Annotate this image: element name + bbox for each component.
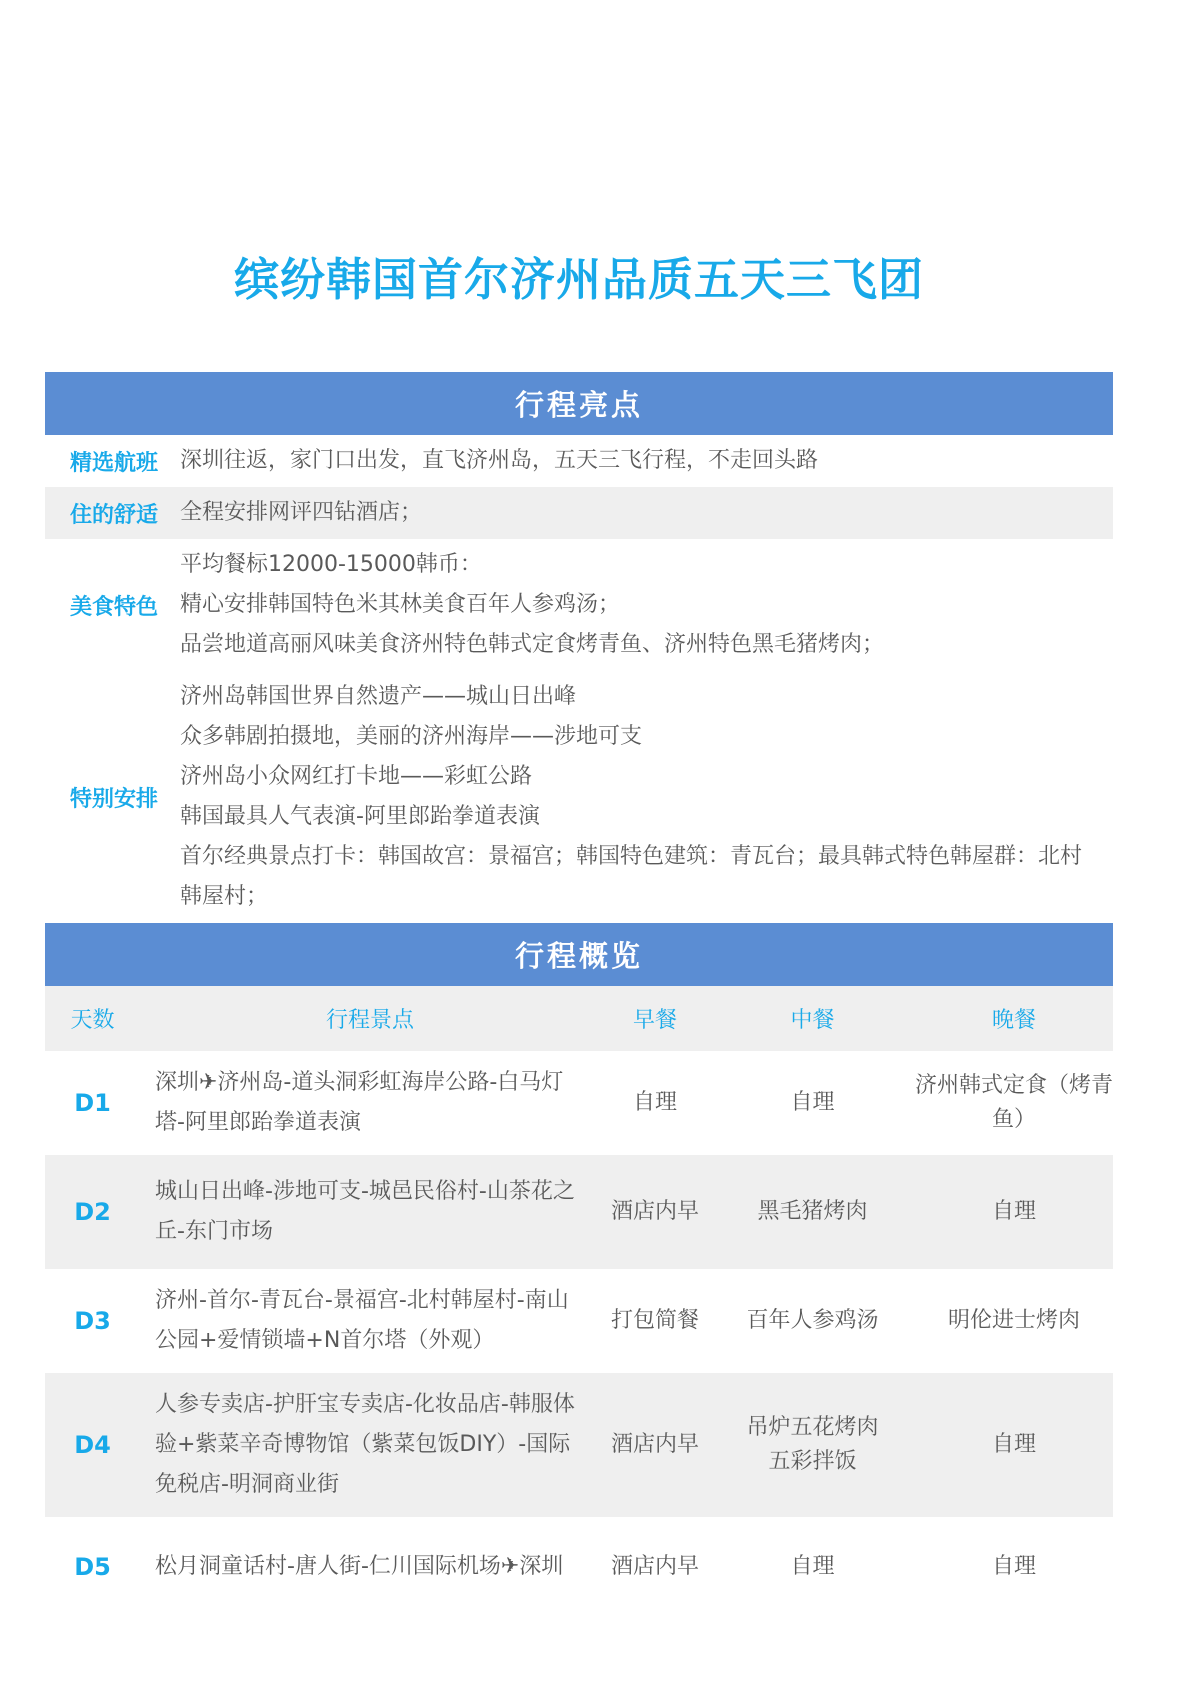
route-cell: 深圳✈济州岛-道头洞彩虹海岸公路-白马灯塔-阿里郎跆拳道表演: [140, 1051, 600, 1155]
highlight-label: 精选航班: [45, 435, 180, 487]
lunch-cell: 自理: [710, 1517, 915, 1617]
table-row: D1 深圳✈济州岛-道头洞彩虹海岸公路-白马灯塔-阿里郎跆拳道表演 自理 自理 …: [45, 1051, 1113, 1155]
highlight-content: 平均餐标12000-15000韩币： 精心安排韩国特色米其林美食百年人参鸡汤； …: [180, 539, 1113, 671]
route-cell: 松月洞童话村-唐人街-仁川国际机场✈深圳: [140, 1517, 600, 1617]
route-cell: 人参专卖店-护肝宝专卖店-化妆品店-韩服体验+紫菜辛奇博物馆（紫菜包饭DIY）-…: [140, 1373, 600, 1517]
table-row: D3 济州-首尔-青瓦台-景福宫-北村韩屋村-南山公园+爱情锁墙+N首尔塔（外观…: [45, 1269, 1113, 1373]
highlight-content: 全程安排网评四钻酒店；: [180, 487, 1113, 539]
highlight-line: 济州岛小众网红打卡地——彩虹公路: [180, 757, 1103, 797]
table-row: D4 人参专卖店-护肝宝专卖店-化妆品店-韩服体验+紫菜辛奇博物馆（紫菜包饭DI…: [45, 1373, 1113, 1517]
table-row: D5 松月洞童话村-唐人街-仁川国际机场✈深圳 酒店内早 自理 自理: [45, 1517, 1113, 1617]
lunch-cell: 百年人参鸡汤: [710, 1269, 915, 1373]
day-label: D4: [45, 1373, 140, 1517]
column-header-route: 行程景点: [140, 986, 600, 1051]
highlight-row-food: 美食特色 平均餐标12000-15000韩币： 精心安排韩国特色米其林美食百年人…: [45, 539, 1113, 671]
column-header-lunch: 中餐: [710, 986, 915, 1051]
overview-section-banner: 行程概览: [45, 923, 1113, 986]
highlights-list: 精选航班 深圳往返，家门口出发，直飞济州岛，五天三飞行程，不走回头路 住的舒适 …: [45, 435, 1113, 923]
day-label: D1: [45, 1051, 140, 1155]
column-header-dinner: 晚餐: [915, 986, 1113, 1051]
breakfast-cell: 自理: [600, 1051, 710, 1155]
highlight-line: 韩国最具人气表演-阿里郎跆拳道表演: [180, 797, 1103, 837]
dinner-cell: 自理: [915, 1155, 1113, 1269]
highlight-label: 住的舒适: [45, 487, 180, 539]
day-label: D2: [45, 1155, 140, 1269]
column-header-breakfast: 早餐: [600, 986, 710, 1051]
route-cell: 济州-首尔-青瓦台-景福宫-北村韩屋村-南山公园+爱情锁墙+N首尔塔（外观）: [140, 1269, 600, 1373]
document-body: 行程亮点 精选航班 深圳往返，家门口出发，直飞济州岛，五天三飞行程，不走回头路 …: [45, 372, 1113, 1617]
itinerary-table: 天数 行程景点 早餐 中餐 晚餐 D1 深圳✈济州岛-道头洞彩虹海岸公路-白马灯…: [45, 986, 1113, 1617]
lunch-cell: 吊炉五花烤肉 五彩拌饭: [710, 1373, 915, 1517]
highlight-line: 品尝地道高丽风味美食济州特色韩式定食烤青鱼、济州特色黑毛猪烤肉；: [180, 625, 1103, 665]
column-header-day: 天数: [45, 986, 140, 1051]
table-header-row: 天数 行程景点 早餐 中餐 晚餐: [45, 986, 1113, 1051]
table-row: D2 城山日出峰-涉地可支-城邑民俗村-山茶花之丘-东门市场 酒店内早 黑毛猪烤…: [45, 1155, 1113, 1269]
day-label: D3: [45, 1269, 140, 1373]
highlight-line: 济州岛韩国世界自然遗产——城山日出峰: [180, 677, 1103, 717]
lunch-cell: 黑毛猪烤肉: [710, 1155, 915, 1269]
breakfast-cell: 打包简餐: [600, 1269, 710, 1373]
page-title: 缤纷韩国首尔济州品质五天三飞团: [45, 0, 1113, 308]
breakfast-cell: 酒店内早: [600, 1155, 710, 1269]
lunch-cell: 自理: [710, 1051, 915, 1155]
highlight-line: 平均餐标12000-15000韩币：: [180, 545, 1103, 585]
highlight-line: 全程安排网评四钻酒店；: [180, 493, 1103, 533]
highlight-label: 特别安排: [45, 671, 180, 923]
dinner-cell: 自理: [915, 1373, 1113, 1517]
highlight-row-special: 特别安排 济州岛韩国世界自然遗产——城山日出峰 众多韩剧拍摄地，美丽的济州海岸—…: [45, 671, 1113, 923]
dinner-cell: 济州韩式定食（烤青鱼）: [915, 1051, 1113, 1155]
highlight-row-hotel: 住的舒适 全程安排网评四钻酒店；: [45, 487, 1113, 539]
highlight-row-flights: 精选航班 深圳往返，家门口出发，直飞济州岛，五天三飞行程，不走回头路: [45, 435, 1113, 487]
dinner-cell: 自理: [915, 1517, 1113, 1617]
highlight-content: 深圳往返，家门口出发，直飞济州岛，五天三飞行程，不走回头路: [180, 435, 1113, 487]
highlight-content: 济州岛韩国世界自然遗产——城山日出峰 众多韩剧拍摄地，美丽的济州海岸——涉地可支…: [180, 671, 1113, 923]
highlight-line: 众多韩剧拍摄地，美丽的济州海岸——涉地可支: [180, 717, 1103, 757]
highlights-section-banner: 行程亮点: [45, 372, 1113, 435]
day-label: D5: [45, 1517, 140, 1617]
highlight-line: 精心安排韩国特色米其林美食百年人参鸡汤；: [180, 585, 1103, 625]
highlight-label: 美食特色: [45, 539, 180, 671]
route-cell: 城山日出峰-涉地可支-城邑民俗村-山茶花之丘-东门市场: [140, 1155, 600, 1269]
highlight-line: 深圳往返，家门口出发，直飞济州岛，五天三飞行程，不走回头路: [180, 441, 1103, 481]
breakfast-cell: 酒店内早: [600, 1373, 710, 1517]
highlight-line: 首尔经典景点打卡：韩国故宫：景福宫；韩国特色建筑：青瓦台；最具韩式特色韩屋群：北…: [180, 837, 1103, 917]
breakfast-cell: 酒店内早: [600, 1517, 710, 1617]
dinner-cell: 明伦进士烤肉: [915, 1269, 1113, 1373]
